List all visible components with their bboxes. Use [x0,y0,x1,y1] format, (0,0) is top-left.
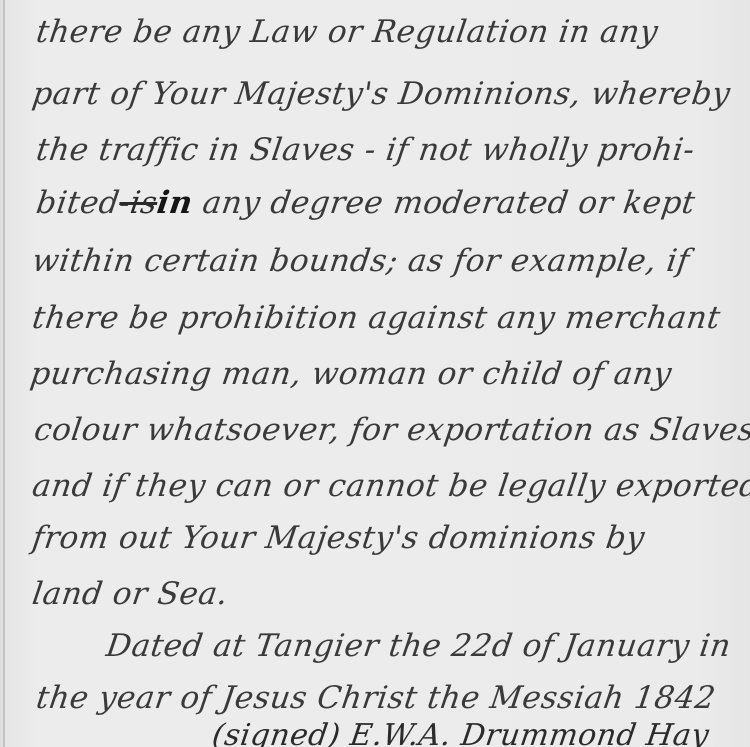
manuscript-line-11: land or Sea. [30,576,230,612]
manuscript-line-4: bited-isin any degree moderated or kept [34,185,697,221]
manuscript-line-1: there be any Law or Regulation in any [34,14,660,50]
manuscript-line-3: the traffic in Slaves - if not wholly pr… [34,132,697,168]
manuscript-line-10: from out Your Majesty's dominions by [30,520,647,556]
manuscript-line-8: colour whatsoever, for exportation as Sl… [32,412,750,448]
line-4-end: any degree moderated or kept [190,185,697,221]
dated-line-2: the year of Jesus Christ the Messiah 184… [34,680,718,716]
manuscript-line-6: there be prohibition against any merchan… [30,300,723,336]
page-edge-shadow [3,0,5,747]
line-4-start: bited [34,185,122,221]
manuscript-line-5: within certain bounds; as for example, i… [30,243,692,279]
struck-text: -is [117,185,160,221]
manuscript-line-7: purchasing man, woman or child of any [28,356,674,392]
signature: (signed) E.W.A. Drummond Hay [210,718,711,747]
dated-line-1: Dated at Tangier the 22d of January in [104,628,733,664]
inserted-text: in [155,185,195,221]
manuscript-line-9: and if they can or cannot be legally exp… [30,468,750,504]
manuscript-line-2: part of Your Majesty's Dominions, whereb… [30,76,733,112]
manuscript-page: there be any Law or Regulation in any pa… [0,0,750,747]
